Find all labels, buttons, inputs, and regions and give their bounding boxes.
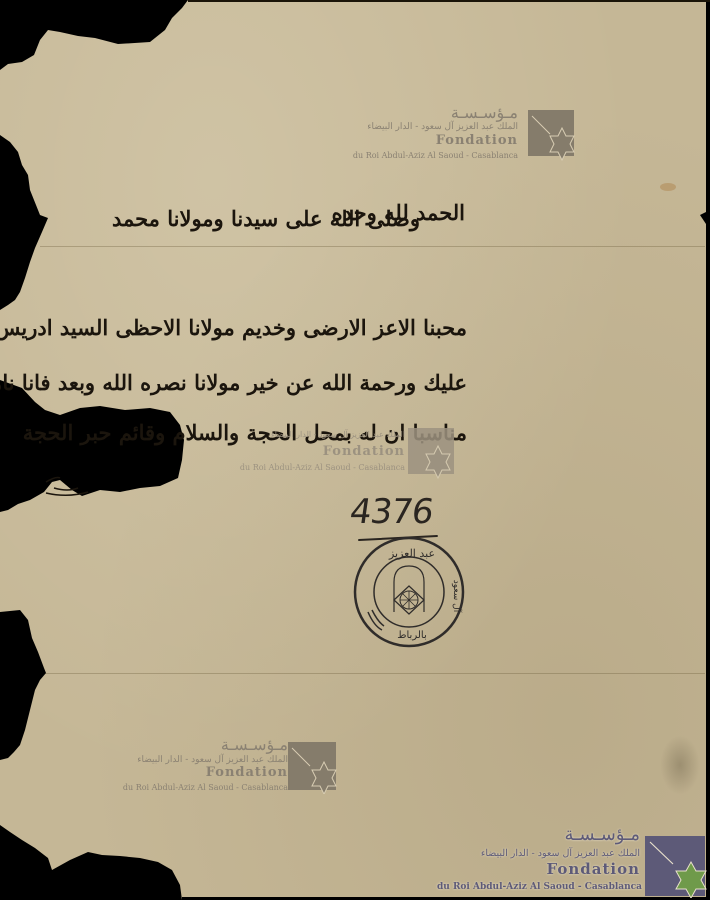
- body-line-1: محبنا الاعز الارضى وخديم مولانا الاحظى ا…: [0, 315, 467, 340]
- watermark-arabic-subtitle: الملك عبد العزيز آل سعود - الدار البيضاء: [481, 848, 640, 859]
- foundation-logo-icon: [408, 428, 458, 480]
- foundation-logo-icon: [645, 836, 710, 898]
- corner-foundation-logo: مـؤسـسـة الملك عبد العزيز آل سعود - الدا…: [530, 826, 710, 898]
- foundation-logo-icon: [528, 110, 578, 162]
- watermark-arabic-subtitle: الملك عبد العزيز آل سعود - الدار البيضاء: [367, 122, 518, 132]
- watermark-arabic-title: مـؤسـسـة: [221, 735, 288, 754]
- watermark-lower: مـؤسـسـة الملك عبد العزيز آل سعود - الدا…: [115, 735, 340, 795]
- watermark-arabic-subtitle: الملك عبد العزيز آل سعود - الدار البيضاء: [271, 430, 405, 439]
- svg-text:بالرباط: بالرباط: [397, 630, 426, 641]
- watermark-french-subtitle: du Roi Abdul-Aziz Al Saoud - Casablanca: [123, 783, 288, 792]
- watermark-french-title: Fondation: [323, 444, 405, 459]
- watermark-french-title: Fondation: [436, 133, 518, 148]
- watermark-top: مـؤسـسـة الملك عبد العزيز آل سعود - الدا…: [378, 103, 578, 163]
- foundation-logo-icon: [288, 742, 340, 794]
- watermark-french-subtitle: du Roi Abdul-Aziz Al Saoud - Casablanca: [240, 463, 405, 472]
- watermark-french-title: Fondation: [547, 860, 641, 878]
- body-line-2: عليك ورحمة الله عن خير مولانا نصره الله …: [0, 370, 467, 395]
- closing-flourish: [38, 474, 98, 498]
- watermark-french-title: Fondation: [206, 765, 288, 780]
- manuscript-page: مـؤسـسـة الملك عبد العزيز آل سعود - الدا…: [0, 0, 710, 900]
- catalogue-number: 4376: [347, 492, 435, 532]
- seal-stamp: عبد العزيز آل سعود بالرباط: [350, 530, 468, 648]
- watermark-arabic-subtitle: الملك عبد العزيز آل سعود - الدار البيضاء: [137, 755, 288, 765]
- watermark-arabic-title: مـؤسـسـة: [451, 103, 518, 122]
- heading-salutation: وصلى الله على سيدنا ومولانا محمد: [112, 206, 420, 231]
- watermark-french-subtitle: du Roi Abdul-Aziz Al Saoud - Casablanca: [353, 151, 518, 160]
- svg-text:عبد العزيز: عبد العزيز: [388, 547, 435, 560]
- svg-text:آل سعود: آل سعود: [451, 580, 463, 613]
- watermark-middle: الملك عبد العزيز آل سعود - الدار البيضاء…: [220, 428, 460, 484]
- watermark-arabic-title: مـؤسـسـة: [564, 824, 640, 845]
- watermark-french-subtitle: du Roi Abdul-Aziz Al Saoud - Casablanca: [437, 882, 642, 892]
